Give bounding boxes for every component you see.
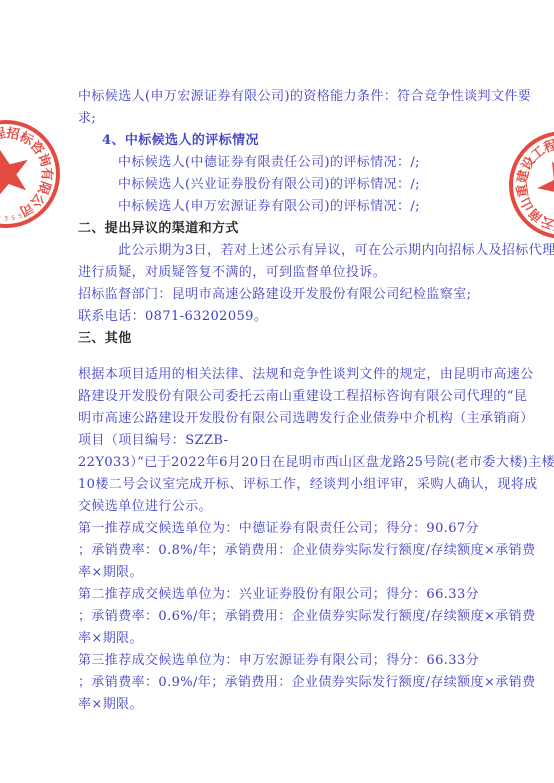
seal-serial-digit: 3 bbox=[4, 216, 8, 223]
subsection-heading-evaluation: 4、中标候选人的评标情况 bbox=[78, 130, 508, 152]
doc-line-contact-phone: 联系电话：0871-63202059。 bbox=[78, 306, 508, 328]
doc-line-candidate-1-fee-cont: 率×期限。 bbox=[78, 562, 508, 584]
doc-line-opening-info-3: 交候选单位进行公示。 bbox=[78, 496, 508, 518]
doc-line-candidate-2: 第二推荐成交候选单位为：兴业证券股份有限公司；得分：66.33分 bbox=[78, 584, 508, 606]
doc-line-evaluation-zhongde: 中标候选人(中德证券有限责任公司)的评标情况：/; bbox=[78, 152, 508, 174]
doc-line-basis-1: 根据本项目适用的相关法律、法规和竞争性谈判文件的规定，由昆明市高速公 bbox=[78, 364, 508, 386]
agency-seal-right-icon: 云南山重建设工程招标咨询有限公司 8201056 bbox=[503, 125, 554, 245]
seal-serial-digit: 2 bbox=[0, 215, 1, 223]
document-page: 云南山重建设工程招标咨询有限公司 8323556 云南山重建设工程招标咨询有限公… bbox=[0, 0, 554, 783]
announcement-body: 中标候选人(申万宏源证券有限公司)的资格能力条件：符合竞争性谈判文件要 求; 4… bbox=[78, 86, 508, 716]
seal-text-char: 有 bbox=[39, 167, 55, 180]
doc-line-candidate-1: 第一推荐成交候选单位为：中德证券有限责任公司；得分：90.67分 bbox=[78, 518, 508, 540]
doc-line-qualification: 中标候选人(申万宏源证券有限公司)的资格能力条件：符合竞争性谈判文件要 bbox=[78, 86, 508, 108]
doc-line-candidate-1-fee: ；承销费率：0.8%/年；承销费用：企业债券实际发行额度/存续额度×承销费 bbox=[78, 540, 508, 562]
doc-line-candidate-2-fee: ；承销费率：0.6%/年；承销费用：企业债券实际发行额度/存续额度×承销费 bbox=[78, 606, 508, 628]
doc-line-objection-period: 此公示期为3日，若对上述公示有异议，可在公示期内向招标人及招标代理 bbox=[78, 240, 508, 262]
doc-line-basis-3: 明市高速公路建设开发股份有限公司选聘发行企业债券中介机构（主承销商） bbox=[78, 408, 508, 430]
doc-line-basis-2: 路建设开发股份有限公司委托云南山重建设工程招标咨询有限公司代理的“昆 bbox=[78, 386, 508, 408]
section-heading-objections: 二、提出异议的渠道和方式 bbox=[78, 218, 508, 240]
doc-line-project-number: 项目（项目编号：SZZB- bbox=[78, 430, 508, 452]
doc-line-supervision-dept: 招标监督部门：昆明市高速公路建设开发股份有限公司纪检监察室; bbox=[78, 284, 508, 306]
doc-line-candidate-3-fee-cont: 率×期限。 bbox=[78, 694, 508, 716]
agency-seal-left-icon: 云南山重建设工程招标咨询有限公司 8323556 bbox=[0, 114, 66, 234]
doc-line-candidate-3: 第三推荐成交候选单位为：申万宏源证券有限公司；得分：66.33分 bbox=[78, 650, 508, 672]
doc-line-evaluation-shenwan: 中标候选人(申万宏源证券有限公司)的评标情况：/; bbox=[78, 196, 508, 218]
doc-line-objection-cont: 进行质疑，对质疑答复不满的，可到监督单位投诉。 bbox=[78, 262, 508, 284]
doc-line-qualification-cont: 求; bbox=[78, 108, 508, 130]
doc-line-candidate-2-fee-cont: 率×期限。 bbox=[78, 628, 508, 650]
doc-line-opening-info-1: 22Y033）”已于2022年6月20日在昆明市西山区盘龙路25号院(老市委大楼… bbox=[78, 452, 508, 474]
doc-line-candidate-3-fee: ；承销费率：0.9%/年；承销费用：企业债券实际发行额度/存续额度×承销费 bbox=[78, 672, 508, 694]
seal-serial-digit: 5 bbox=[11, 215, 16, 223]
doc-line-opening-info-2: 10楼二号会议室完成开标、评标工作，经谈判小组评审，采购人确认，现将成 bbox=[78, 474, 508, 496]
section-heading-other: 三、其他 bbox=[78, 328, 508, 350]
doc-line-evaluation-xingye: 中标候选人(兴业证券股份有限公司)的评标情况：/; bbox=[78, 174, 508, 196]
